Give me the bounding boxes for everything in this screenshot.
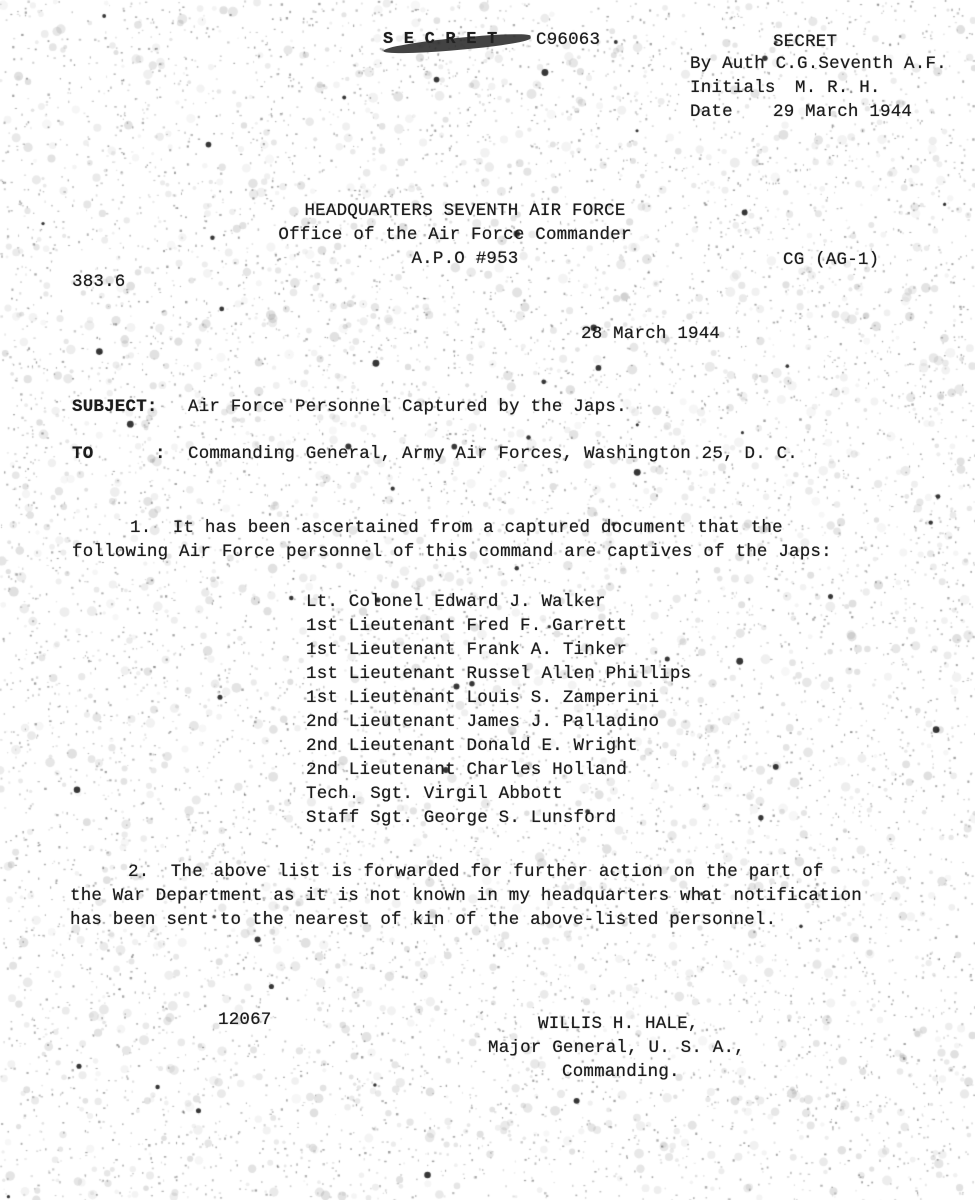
paragraph-2-line-3: has been sent to the nearest of kin of t… bbox=[70, 908, 776, 932]
signatory-role: Commanding. bbox=[562, 1060, 680, 1084]
to-label: TO bbox=[72, 442, 93, 466]
signatory-rank: Major General, U. S. A., bbox=[488, 1036, 745, 1060]
letter-date: 28 March 1944 bbox=[581, 322, 720, 346]
personnel-item: Tech. Sgt. Virgil Abbott bbox=[306, 782, 563, 806]
date-value: 29 March 1944 bbox=[773, 100, 912, 124]
secret-marking: SECRET bbox=[773, 30, 837, 54]
personnel-item: Lt. Colonel Edward J. Walker bbox=[306, 590, 606, 614]
personnel-item: 2nd Lieutenant Donald E. Wright bbox=[306, 734, 638, 758]
signatory-name: WILLIS H. HALE, bbox=[538, 1012, 699, 1036]
personnel-item: 2nd Lieutenant James J. Palladino bbox=[306, 710, 659, 734]
paragraph-2-line-1: 2. The above list is forwarded for furth… bbox=[128, 860, 824, 884]
to-colon: : bbox=[155, 442, 166, 466]
initials-label: Initials bbox=[690, 76, 776, 100]
personnel-item: 1st Lieutenant Fred F. Garrett bbox=[306, 614, 627, 638]
reference-number: 12067 bbox=[218, 1008, 272, 1032]
subject-text: Air Force Personnel Captured by the Japs… bbox=[188, 395, 627, 419]
document-number: C96063 bbox=[536, 28, 600, 52]
date-label: Date bbox=[690, 100, 733, 124]
letterhead-line-2: Office of the Air Force Commander bbox=[225, 223, 685, 247]
initials-value: M. R. H. bbox=[795, 76, 881, 100]
paragraph-1-line-1: 1. It has been ascertained from a captur… bbox=[130, 516, 783, 540]
paragraph-1-line-2: following Air Force personnel of this co… bbox=[72, 540, 832, 564]
letterhead-line-3: A.P.O #953 bbox=[240, 247, 690, 271]
personnel-item: 1st Lieutenant Louis S. Zamperini bbox=[306, 686, 659, 710]
subject-label: SUBJECT: bbox=[72, 395, 158, 419]
personnel-item: 1st Lieutenant Russel Allen Phillips bbox=[306, 662, 691, 686]
routing-code: CG (AG-1) bbox=[783, 248, 879, 272]
letterhead-line-1: HEADQUARTERS SEVENTH AIR FORCE bbox=[240, 199, 690, 223]
file-number: 383.6 bbox=[72, 270, 126, 294]
personnel-item: 2nd Lieutenant Charles Holland bbox=[306, 758, 627, 782]
personnel-item: Staff Sgt. George S. Lunsford bbox=[306, 806, 616, 830]
personnel-item: 1st Lieutenant Frank A. Tinker bbox=[306, 638, 627, 662]
paragraph-2-line-2: the War Department as it is not known in… bbox=[70, 884, 862, 908]
authority-line: By Auth C.G.Seventh A.F. bbox=[690, 52, 947, 76]
to-text: Commanding General, Army Air Forces, Was… bbox=[188, 442, 798, 466]
